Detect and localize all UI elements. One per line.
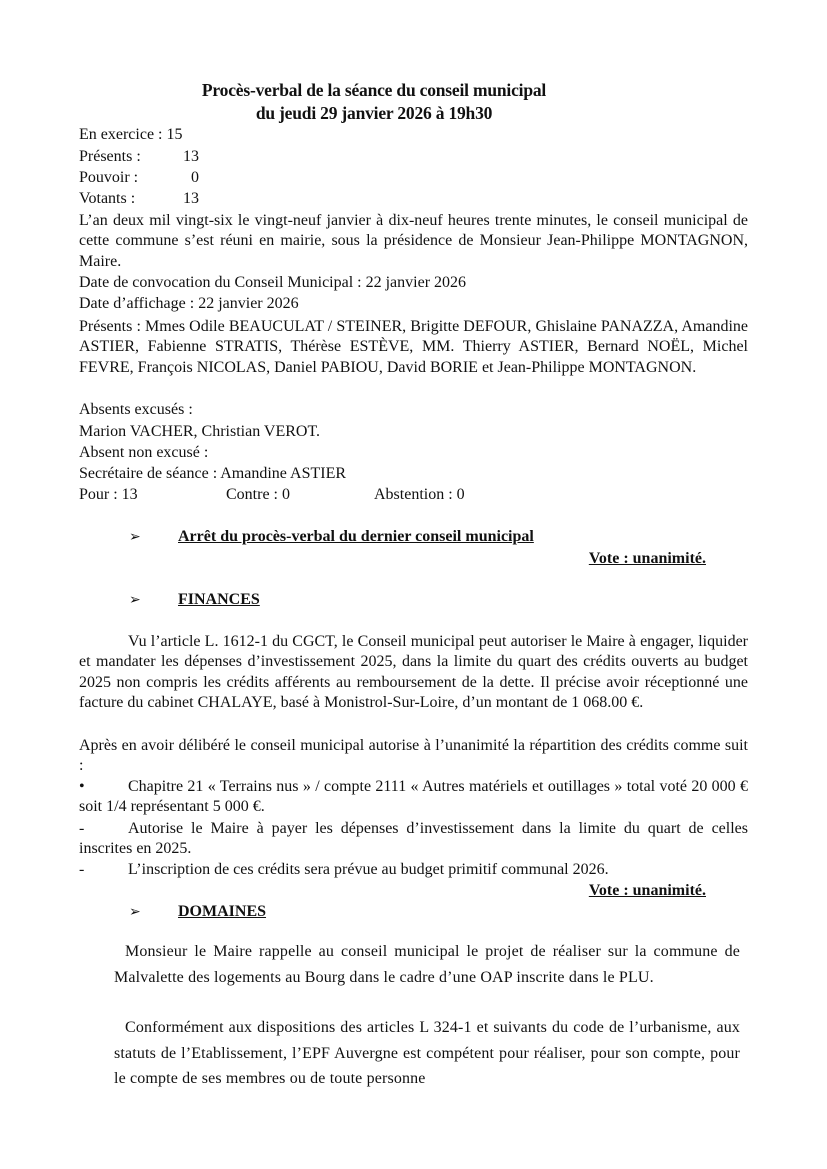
section-title: DOMAINES [178,903,266,920]
list-item-text: Chapitre 21 « Terrains nus » / compte 21… [79,778,748,815]
pouvoir-label: Pouvoir : [79,168,191,188]
intro-paragraph: L’an deux mil vingt-six le vingt-neuf ja… [79,211,748,272]
document-title-line2: du jeudi 29 janvier 2026 à 19h30 [0,103,748,124]
vote-abstention: Abstention : 0 [374,486,465,503]
vote-counts: Pour : 13Contre : 0Abstention : 0 [79,485,465,505]
votants-label: Votants : [79,189,183,209]
arrow-bullet-icon: ➢ [129,904,178,921]
vote-result: Vote : unanimité. [589,550,706,568]
votants-count: Votants :13 [79,189,199,209]
domaines-paragraph-1: Monsieur le Maire rappelle au conseil mu… [114,939,740,990]
finances-paragraph-2: Après en avoir délibéré le conseil munic… [79,736,748,777]
arrow-bullet-icon: ➢ [129,529,178,546]
absents-excuses: Marion VACHER, Christian VEROT. [79,422,320,442]
absent-non-excuse-label: Absent non excusé : [79,443,208,463]
arrow-bullet-icon: ➢ [129,592,178,609]
list-item-text: L’inscription de ces crédits sera prévue… [128,861,609,878]
presents-value: 13 [183,148,199,165]
votants-value: 13 [183,190,199,207]
absents-excuses-label: Absents excusés : [79,400,193,420]
presents-label: Présents : [79,147,183,167]
section-title: FINANCES [178,591,260,608]
section-heading-domaines: ➢DOMAINES [129,903,266,921]
presents-count: Présents :13 [79,147,199,167]
pouvoir-value: 0 [191,169,199,186]
presents-list: Présents : Mmes Odile BEAUCULAT / STEINE… [79,317,748,378]
section-title: Arrêt du procès-verbal du dernier consei… [178,528,534,545]
list-item: -Autorise le Maire à payer les dépenses … [79,819,748,860]
finances-paragraph-1: Vu l’article L. 1612-1 du CGCT, le Conse… [79,632,748,713]
document-title-line1: Procès-verbal de la séance du conseil mu… [0,80,748,101]
en-exercice-label: En exercice : [79,126,163,143]
pouvoir-count: Pouvoir :0 [79,168,199,188]
section-heading-finances: ➢FINANCES [129,591,260,609]
vote-result: Vote : unanimité. [589,882,706,900]
secretaire-seance: Secrétaire de séance : Amandine ASTIER [79,464,346,484]
list-item: •Chapitre 21 « Terrains nus » / compte 2… [79,777,748,818]
en-exercice-value: 15 [167,126,183,143]
en-exercice: En exercice : 15 [79,125,183,145]
domaines-paragraph-2: Conformément aux dispositions des articl… [114,1015,740,1092]
dash-bullet-icon: - [79,860,128,880]
list-item: -L’inscription de ces crédits sera prévu… [79,860,748,880]
bullet-dot-icon: • [79,777,128,797]
vote-contre: Contre : 0 [226,485,374,505]
document-page: Procès-verbal de la séance du conseil mu… [0,0,827,1169]
vote-pour: Pour : 13 [79,485,226,505]
section-heading-proces-verbal: ➢Arrêt du procès-verbal du dernier conse… [129,528,534,546]
list-item-text: Autorise le Maire à payer les dépenses d… [79,820,748,857]
convocation-date: Date de convocation du Conseil Municipal… [79,273,466,293]
affichage-date: Date d’affichage : 22 janvier 2026 [79,294,299,314]
dash-bullet-icon: - [79,819,128,839]
